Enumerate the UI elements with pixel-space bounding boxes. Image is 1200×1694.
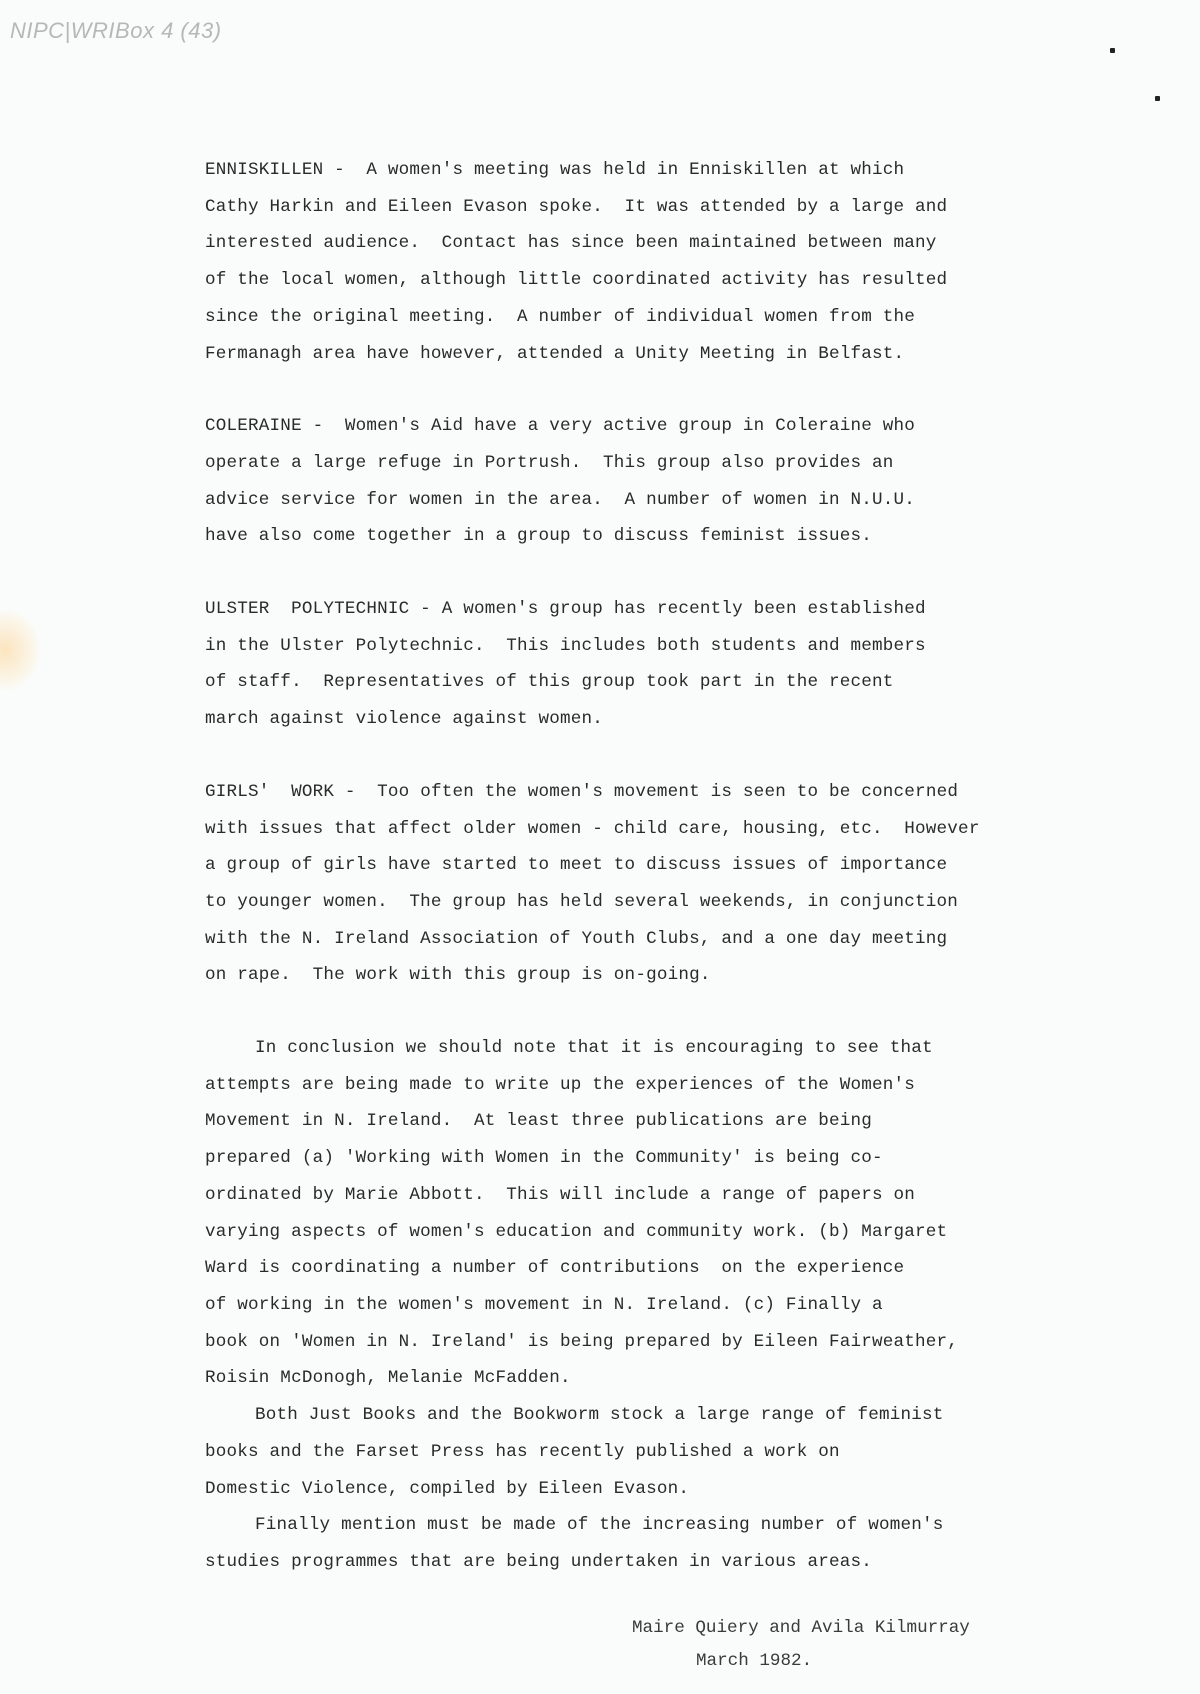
signature-block: Maire Quiery and Avila KilmurrayMarch 19… [632,1612,970,1678]
signature-authors: Maire Quiery and Avila Kilmurray [632,1612,970,1645]
document-page: NIPC|WRIBox 4 (43) ENNISKILLEN - A women… [0,0,1200,1694]
ink-mark [1110,48,1115,53]
section-ulster-polytechnic: ULSTER POLYTECHNIC - A women's group has… [205,591,1125,738]
section-heading: COLERAINE - [205,416,323,436]
section-heading: GIRLS' WORK - [205,782,356,802]
paper-stain [0,610,40,690]
document-body: ENNISKILLEN - A women's meeting was held… [205,152,1125,1581]
bookshops-paragraph: Both Just Books and the Bookworm stock a… [205,1397,1125,1507]
ink-mark [1155,96,1160,101]
closing-paragraph: Finally mention must be made of the incr… [205,1507,1125,1580]
section-coleraine: COLERAINE - Women's Aid have a very acti… [205,408,1125,555]
section-enniskillen: ENNISKILLEN - A women's meeting was held… [205,152,1125,372]
archive-reference: NIPC|WRIBox 4 (43) [10,18,222,44]
section-heading: ULSTER POLYTECHNIC - [205,599,431,619]
signature-date: March 1982. [632,1645,970,1678]
conclusion-paragraph: In conclusion we should note that it is … [205,1030,1125,1397]
section-heading: ENNISKILLEN - [205,160,345,180]
section-girls-work: GIRLS' WORK - Too often the women's move… [205,774,1125,994]
